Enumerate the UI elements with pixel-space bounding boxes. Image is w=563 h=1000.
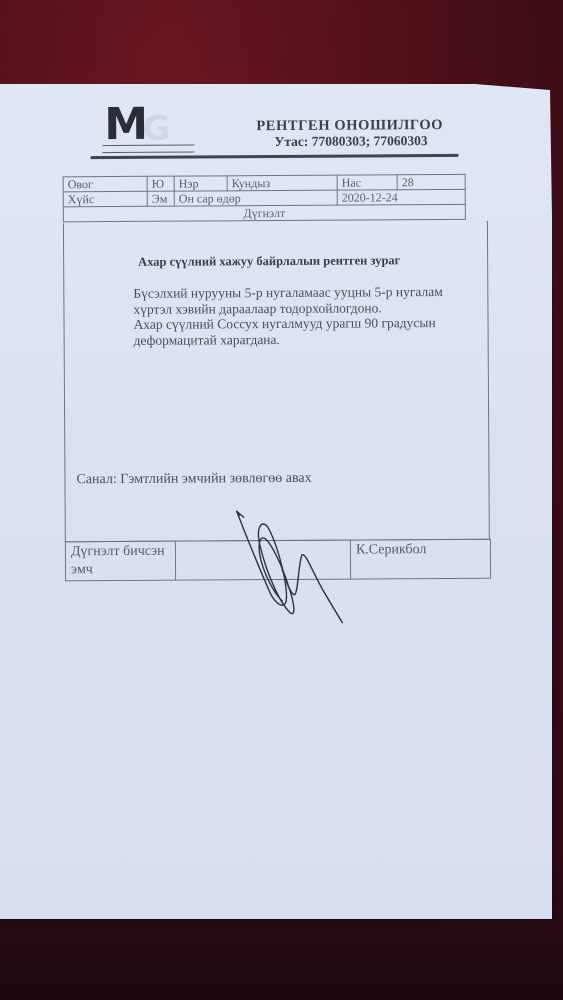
name-value: Кундыз [227,175,337,191]
logo-tagline [102,145,194,154]
signature-row: Дүгнэлт бичсэн эмч К.Серикбол [65,539,490,581]
signature-cell [175,540,350,580]
report-content: G M РЕНТГЕН ОНОШИЛГОО Утас: 77080303; 77… [0,0,563,1000]
patient-row-1: Овог Ю Нэр Кундыз Нас 28 [63,174,465,191]
age-value: 28 [397,174,465,189]
surname-value: Ю [147,176,174,191]
date-value: 2020-12-24 [337,189,465,205]
conclusion-header: Дүгнэлт [63,204,465,221]
mg-clinic-logo-icon: G M [102,102,198,155]
recommendation: Санал: Гэмтлийн эмчийн зөвлөгөө авах [76,471,311,488]
gender-value: Эм [147,191,174,206]
signed-by-label: Дүгнэлт бичсэн эмч [65,541,175,581]
patient-info-table: Овог Ю Нэр Кундыз Нас 28 Хүйс Эм Он сар … [63,174,466,222]
name-label: Нэр [174,176,227,191]
signature-table: Дүгнэлт бичсэн эмч К.Серикбол [65,539,491,582]
finding-2: Ахар сүүлний Соссух нугалмууд урагш 90 г… [133,315,463,348]
report-heading: Ахар сүүлний хажуу байрлалын рентген зур… [138,253,400,270]
clinic-phone: Утас: 77080303; 77060303 [274,133,427,150]
finding-1: Бүсэлхий нурууны 5-р нугаламаас ууцны 5-… [133,284,463,317]
surname-label: Овог [63,176,147,192]
date-label: Он сар өдөр [174,190,337,206]
findings-text: Бүсэлхий нурууны 5-р нугаламаас ууцны 5-… [133,284,463,348]
doctor-name: К.Серикбол [350,539,490,579]
age-label: Нас [337,175,397,190]
conclusion-header-row: Дүгнэлт [63,204,465,221]
gender-label: Хүйс [63,191,147,207]
